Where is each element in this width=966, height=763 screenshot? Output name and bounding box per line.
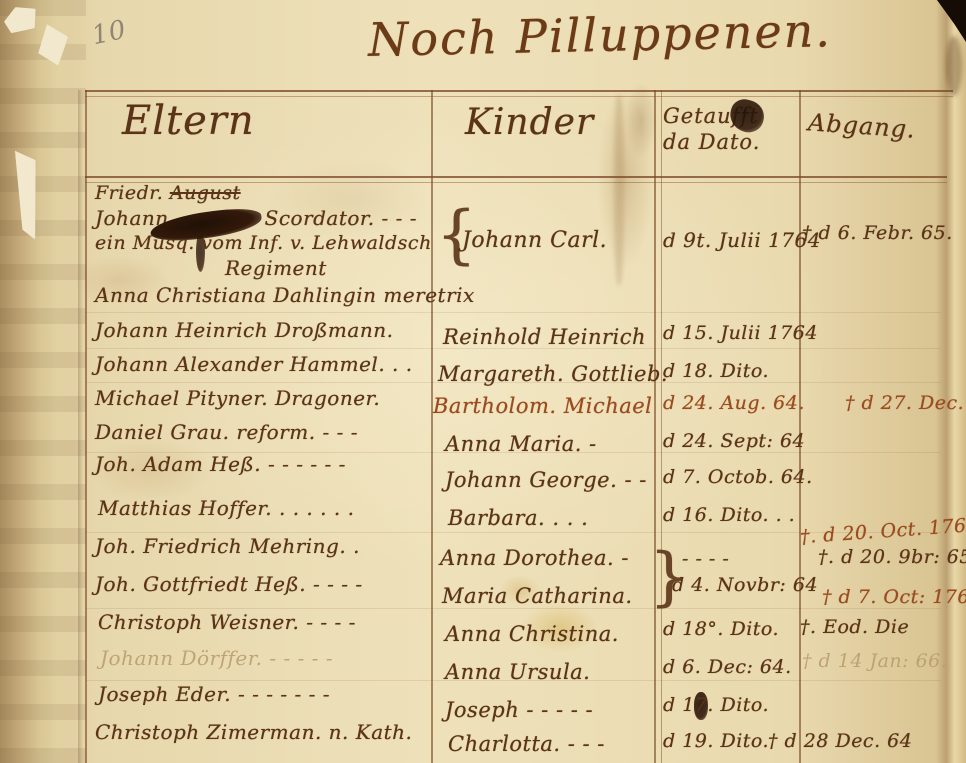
entry-kinder: Maria Catharina. — [442, 584, 633, 608]
entry-kinder: Anna Ursula. — [445, 660, 590, 684]
entry-eltern: Michael Pityner. Dragoner. — [95, 386, 380, 410]
entry-eltern: Johann Dörffer. - - - - - — [100, 646, 333, 670]
entry-eltern: Johann Heinrich Droßmann. — [95, 318, 393, 342]
header-bottom-rule — [85, 176, 947, 178]
entry-eltern-line1: Friedr. August — [95, 182, 241, 204]
torn-left-edge — [0, 0, 86, 763]
entry-getauft: d 18°. Dito. — [663, 618, 779, 640]
entry-abgang: †. Eod. Die — [800, 616, 909, 638]
column-header-getauft-line2: da Dato. — [663, 130, 760, 154]
entry-kinder: Johann George. - - — [445, 468, 647, 492]
entry-getauft: d 17. Dito. — [663, 694, 769, 716]
header-top-rule-2 — [85, 96, 953, 97]
entry-eltern: Joh. Adam Heß. - - - - - - — [95, 452, 346, 476]
center-crease-stain — [614, 95, 624, 285]
entry-getauft: d 7. Octob. 64. — [663, 466, 813, 488]
column-header-abgang: Abgang. — [807, 108, 917, 143]
entry-eltern: Matthias Hoffer. . . . . . . — [98, 496, 354, 520]
entry-getauft: d 18. Dito. — [663, 360, 769, 382]
entry-abgang: † d 28 Dec. 64 — [768, 730, 912, 752]
entry-kinder: Reinhold Heinrich — [443, 325, 646, 349]
page-title: Noch Pilluppenen. — [367, 3, 832, 67]
manuscript-page: 10 Noch Pilluppenen. Eltern Kinder Getau… — [0, 0, 966, 763]
entry-kinder: Anna Maria. - — [445, 432, 597, 456]
eltern-struck-text: August — [170, 182, 241, 204]
entry-getauft: d 16. Dito. . . — [663, 504, 795, 526]
entry-eltern: Christoph Weisner. - - - - — [98, 610, 356, 634]
entry-abgang: †. d 20. 9br: 65. — [818, 546, 966, 568]
header-top-rule — [85, 90, 953, 92]
entry-abgang: † d 27. Dec. 65 — [845, 392, 966, 414]
getauft-abgang-divider — [799, 90, 801, 763]
eltern-text: Friedr. — [95, 182, 163, 204]
entry-getauft: d 15. Julii 1764 — [663, 322, 818, 344]
entry-getauft: d 24. Sept: 64 — [663, 430, 805, 452]
column-header-eltern: Eltern — [122, 98, 255, 144]
entry-getauft: d 19. Dito. — [663, 730, 769, 752]
entry-kinder: Anna Christina. — [445, 622, 619, 646]
entry-kinder: Joseph - - - - - — [445, 698, 593, 722]
entry-abgang: † d 7. Oct: 1766. — [822, 586, 966, 608]
entry-eltern: Anna Christiana Dahlingin meretrix — [95, 283, 475, 307]
entry-eltern: Joseph Eder. - - - - - - - — [98, 682, 330, 706]
page-edge-shadow — [78, 90, 83, 763]
kinder-getauft-divider — [654, 90, 656, 763]
row-guide — [86, 608, 941, 609]
table-left-rule — [85, 90, 87, 763]
entry-eltern: Johann Alexander Hammel. . . — [95, 352, 413, 376]
eltern-kinder-divider — [431, 90, 433, 763]
entry-eltern: Joh. Friedrich Mehring. . — [95, 534, 360, 558]
row-guide — [86, 312, 941, 313]
entry-eltern: Daniel Grau. reform. - - - — [95, 420, 358, 444]
entry-getauft: d 6. Dec: 64. — [663, 656, 792, 678]
eltern-text: Scordator. - - - — [265, 206, 417, 230]
entry-kinder: Margareth. Gottlieb. — [438, 362, 668, 386]
entry-getauft: d 9t. Julii 1764 — [663, 228, 821, 252]
entry-kinder: Anna Dorothea. - — [440, 546, 629, 570]
entry-kinder: Johann Carl. — [462, 228, 607, 253]
column-header-kinder: Kinder — [465, 102, 594, 143]
kinder-getauft-divider-2 — [661, 90, 662, 763]
entry-kinder: Bartholom. Michael — [433, 394, 652, 418]
entry-eltern: Joh. Gottfriedt Heß. - - - - — [95, 572, 363, 596]
edge-smudge — [946, 36, 962, 96]
entry-getauft: d 24. Aug. 64. — [663, 392, 805, 414]
entry-eltern-line4: Regiment — [225, 256, 327, 280]
entry-getauft: d 4. Novbr: 64 — [672, 574, 818, 596]
entry-abgang: † d 14 Jan: 66. — [802, 650, 947, 672]
entry-kinder: Barbara. . . . — [448, 506, 588, 530]
entry-abgang: † d 6. Febr. 65. — [802, 222, 953, 244]
entry-kinder: Charlotta. - - - — [448, 732, 605, 756]
entry-eltern: Christoph Zimerman. n. Kath. — [95, 720, 412, 744]
entry-eltern-line3: ein Musq. vom Inf. v. Lehwaldsch — [95, 232, 432, 254]
page-number: 10 — [89, 15, 129, 51]
